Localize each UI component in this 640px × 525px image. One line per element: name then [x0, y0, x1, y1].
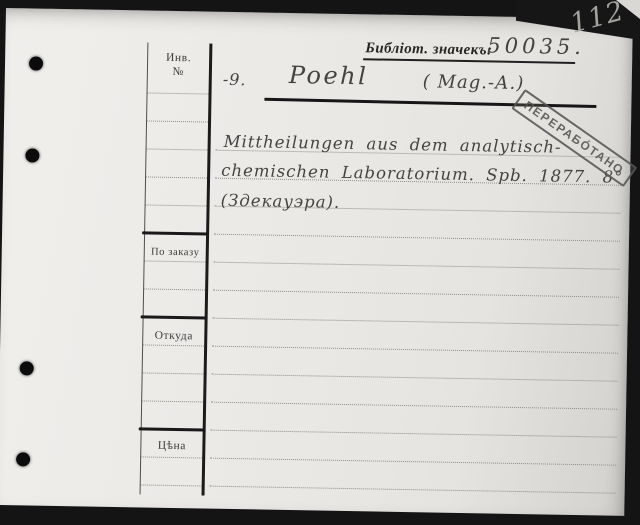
library-mark-number: 50035. — [487, 33, 585, 59]
ruled-line — [214, 234, 620, 242]
field-label-otkuda: Откуда — [142, 328, 205, 343]
ruled-line — [146, 176, 207, 178]
field-label-inventory: Инв. № — [147, 50, 210, 79]
section-divider-line — [141, 315, 207, 319]
ruled-line — [145, 260, 206, 262]
scanned-catalog-page: { "scan": { "page_number": "112", "stamp… — [0, 0, 640, 525]
ruled-line — [214, 262, 620, 270]
entry-index: -9. — [223, 70, 247, 89]
ruled-line — [143, 372, 204, 374]
library-mark-underline — [363, 58, 575, 64]
ruled-line — [147, 148, 208, 150]
library-mark-label: Библіот. значекъ: — [365, 40, 492, 59]
ruled-line — [141, 484, 202, 486]
ruled-line — [211, 430, 617, 438]
ruled-line — [143, 344, 204, 346]
ruled-line — [148, 92, 209, 94]
ruled-line — [141, 456, 202, 458]
ruled-line — [211, 402, 617, 410]
section-divider-line — [142, 231, 208, 235]
ruled-line — [210, 458, 616, 466]
ruled-line — [210, 486, 616, 494]
ruled-line — [142, 400, 203, 402]
field-label-inventory-line1: Инв. — [147, 50, 210, 65]
punch-hole — [20, 361, 34, 375]
ruled-line — [212, 346, 618, 354]
catalog-card-paper: Инв. № По заказу Откуда Цѣна Библіот. зн… — [0, 8, 633, 516]
entry-title-line2: chemischen Laboratorium. Spb. 1877. 8° — [221, 161, 623, 187]
ruled-line — [146, 204, 207, 206]
ruled-line — [213, 318, 619, 326]
ruled-line — [147, 120, 208, 122]
entry-author-note: ( Mag.-А.) — [423, 71, 525, 94]
field-label-po-zakazu: По заказу — [144, 245, 207, 260]
entry-author: Poehl — [289, 61, 369, 90]
entry-title-line3: (Здекауэра). — [221, 191, 341, 212]
punch-hole — [25, 148, 39, 162]
ruled-line — [144, 288, 205, 290]
ruled-line — [212, 374, 618, 382]
entry-title-line1: Mittheilungen aus dem analytisch- — [224, 132, 562, 157]
field-label-inventory-line2: № — [147, 64, 210, 79]
section-divider-line — [139, 427, 205, 431]
punch-hole — [29, 56, 43, 70]
punch-hole — [16, 452, 30, 466]
ruled-line — [213, 290, 619, 298]
field-label-tsena: Цѣна — [140, 438, 203, 453]
